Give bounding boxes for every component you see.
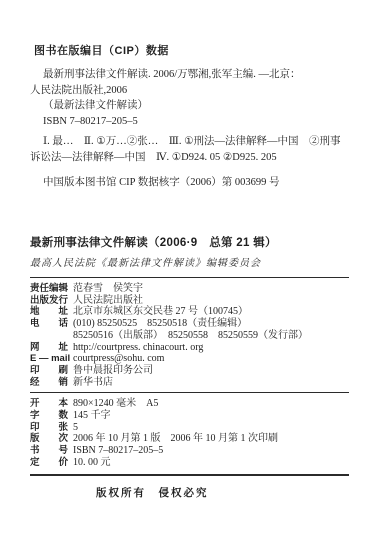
info-row: 责任编辑 范春雪 侯笑宇 [30, 283, 349, 295]
info-value: courtpress@sohu. com [73, 353, 164, 365]
info-label: 网 址 [30, 342, 70, 354]
info-value: 145 千字 [73, 410, 111, 422]
info-value: 人民法院出版社 [73, 295, 143, 307]
cip-entry-line: 最新刑事法律文件解读. 2006/万鄂湘,张军主编. —北京： [30, 67, 349, 83]
info-value: 5 [73, 422, 78, 434]
editorial-committee: 最高人民法院《最新法律文件解读》编辑委员会 [30, 254, 349, 269]
info-label: 版 次 [30, 433, 70, 445]
info-row: 书 号 ISBN 7–80217–205–5 [30, 445, 349, 457]
title-block: 最新刑事法律文件解读（2006·9 总第 21 辑） 最高人民法院《最新法律文件… [30, 234, 349, 269]
info-label: 经 销 [30, 377, 70, 389]
book-title: 最新刑事法律文件解读（2006·9 总第 21 辑） [30, 234, 349, 250]
info-row: 定 价 10. 00 元 [30, 457, 349, 469]
info-label: 责任编辑 [30, 283, 70, 295]
info-label: 地 址 [30, 306, 70, 318]
info-value: 890×1240 毫米 A5 [73, 398, 158, 410]
info-row: 开 本 890×1240 毫米 A5 [30, 398, 349, 410]
cip-classification-line: 诉讼法—法律解释—中国 Ⅳ. ①D924. 05 ②D925. 205 [30, 150, 349, 166]
info-value: 鲁中晨报印务公司 [73, 365, 153, 377]
info-value: http://courtpress. chinacourt. org [73, 342, 203, 354]
info-value: 2006 年 10 月第 1 版 2006 年 10 月第 1 次印刷 [73, 433, 278, 445]
cip-bibliographic-entry: 最新刑事法律文件解读. 2006/万鄂湘,张军主编. —北京： 人民法院出版社,… [30, 67, 349, 129]
info-row: 字 数 145 千字 [30, 410, 349, 422]
info-row-continuation: 85250516（出版部） 85250558 85250559（发行部） [30, 330, 349, 342]
info-row: 印 张 5 [30, 422, 349, 434]
info-value: 10. 00 元 [73, 457, 111, 469]
info-row: 电 话 (010) 85250525 85250518（责任编辑） [30, 318, 349, 330]
info-label: 开 本 [30, 398, 70, 410]
info-label: 字 数 [30, 410, 70, 422]
cip-heading: 图书在版编目（CIP）数据 [34, 42, 349, 58]
cip-record-number: 中国版本图书馆 CIP 数据核字（2006）第 003699 号 [30, 175, 349, 190]
info-label: 电 话 [30, 318, 70, 330]
cip-classification: Ⅰ. 最… Ⅱ. ①万…②张… Ⅲ. ①刑法—法律解释—中国 ②刑事 诉讼法—法… [30, 134, 349, 165]
info-row: 网 址 http://courtpress. chinacourt. org [30, 342, 349, 354]
info-value: 范春雪 侯笑宇 [73, 283, 143, 295]
cip-classification-line: Ⅰ. 最… Ⅱ. ①万…②张… Ⅲ. ①刑法—法律解释—中国 ②刑事 [30, 134, 349, 150]
page-content: 图书在版编目（CIP）数据 最新刑事法律文件解读. 2006/万鄂湘,张军主编.… [0, 0, 369, 500]
cip-entry-line: （最新法律文件解读） [30, 98, 349, 114]
publication-info-table: 责任编辑 范春雪 侯笑宇 出版发行 人民法院出版社 地 址 北京市东城区东交民巷… [30, 278, 349, 388]
info-label [30, 330, 70, 342]
info-label: 出版发行 [30, 295, 70, 307]
info-value: 新华书店 [73, 377, 113, 389]
info-value: 北京市东城区东交民巷 27 号（100745） [73, 306, 248, 318]
cip-entry-line: 人民法院出版社,2006 [30, 83, 349, 99]
info-label: E — mail [30, 353, 70, 365]
info-label: 定 价 [30, 457, 70, 469]
info-label: 书 号 [30, 445, 70, 457]
divider-line-bottom [30, 474, 349, 476]
print-info-table: 开 本 890×1240 毫米 A5 字 数 145 千字 印 张 5 版 次 … [30, 393, 349, 468]
info-value: 85250516（出版部） 85250558 85250559（发行部） [73, 330, 308, 342]
info-value: (010) 85250525 85250518（责任编辑） [73, 318, 247, 330]
colophon-page: 图书在版编目（CIP）数据 最新刑事法律文件解读. 2006/万鄂湘,张军主编.… [0, 0, 369, 539]
info-row: 版 次 2006 年 10 月第 1 版 2006 年 10 月第 1 次印刷 [30, 433, 349, 445]
info-row: E — mail courtpress@sohu. com [30, 353, 349, 365]
copyright-notice: 版权所有 侵权必究 [96, 485, 349, 500]
info-value: ISBN 7–80217–205–5 [73, 445, 163, 457]
info-row: 出版发行 人民法院出版社 [30, 295, 349, 307]
cip-isbn-line: ISBN 7–80217–205–5 [30, 114, 349, 130]
info-row: 印 刷 鲁中晨报印务公司 [30, 365, 349, 377]
info-row: 经 销 新华书店 [30, 377, 349, 389]
info-label: 印 张 [30, 422, 70, 434]
info-label: 印 刷 [30, 365, 70, 377]
info-row: 地 址 北京市东城区东交民巷 27 号（100745） [30, 306, 349, 318]
